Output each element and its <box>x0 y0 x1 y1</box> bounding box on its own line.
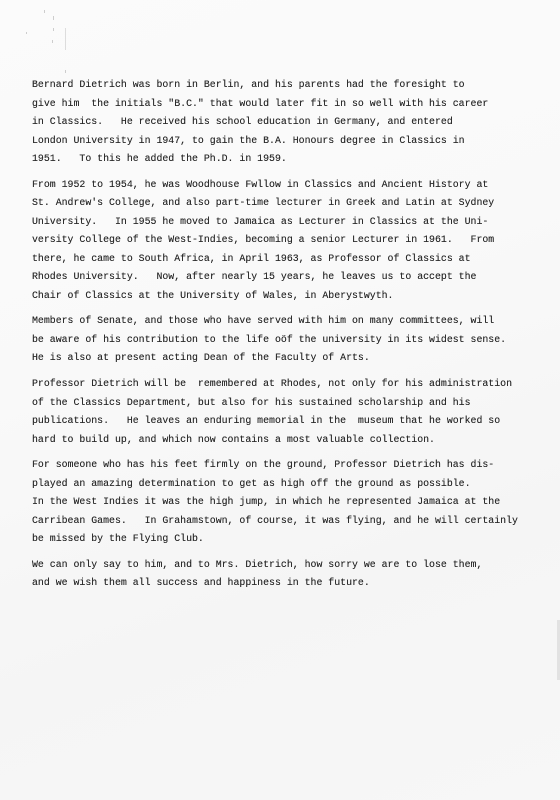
paragraph: Professor Dietrich will be remembered at… <box>32 375 542 449</box>
text-line: Rhodes University. Now, after nearly 15 … <box>32 268 542 287</box>
text-line: there, he came to South Africa, in April… <box>32 250 542 269</box>
text-line: in Classics. He received his school educ… <box>32 113 542 132</box>
scan-speck <box>53 28 54 31</box>
text-line: Bernard Dietrich was born in Berlin, and… <box>32 76 542 95</box>
text-line: For someone who has his feet firmly on t… <box>32 456 542 475</box>
text-line: University. In 1955 he moved to Jamaica … <box>32 213 542 232</box>
text-line: We can only say to him, and to Mrs. Diet… <box>32 556 542 575</box>
text-line: London University in 1947, to gain the B… <box>32 132 542 151</box>
scan-speck <box>65 28 66 50</box>
paragraph: For someone who has his feet firmly on t… <box>32 456 542 549</box>
text-line: hard to build up, and which now contains… <box>32 431 542 450</box>
text-line: give him the initials "B.C." that would … <box>32 95 542 114</box>
text-line: From 1952 to 1954, he was Woodhouse Fwll… <box>32 176 542 195</box>
scan-speck <box>53 16 54 20</box>
text-line: In the West Indies it was the high jump,… <box>32 493 542 512</box>
text-line: versity College of the West-Indies, beco… <box>32 231 542 250</box>
scan-speck <box>26 32 27 34</box>
text-line: publications. He leaves an enduring memo… <box>32 412 542 431</box>
text-line: Members of Senate, and those who have se… <box>32 312 542 331</box>
scan-speck <box>52 40 53 43</box>
text-line: St. Andrew's College, and also part-time… <box>32 194 542 213</box>
scan-speck <box>65 70 66 73</box>
text-line: Professor Dietrich will be remembered at… <box>32 375 542 394</box>
text-line: 1951. To this he added the Ph.D. in 1959… <box>32 150 542 169</box>
text-line: He is also at present acting Dean of the… <box>32 349 542 368</box>
scan-speck <box>44 10 45 13</box>
paragraph: Members of Senate, and those who have se… <box>32 312 542 368</box>
paragraph: From 1952 to 1954, he was Woodhouse Fwll… <box>32 176 542 306</box>
text-line: be missed by the Flying Club. <box>32 530 542 549</box>
text-line: Carribean Games. In Grahamstown, of cour… <box>32 512 542 531</box>
text-line: played an amazing determination to get a… <box>32 475 542 494</box>
text-line: Chair of Classics at the University of W… <box>32 287 542 306</box>
text-line: of the Classics Department, but also for… <box>32 394 542 413</box>
document-body: Bernard Dietrich was born in Berlin, and… <box>32 76 542 600</box>
paragraph: We can only say to him, and to Mrs. Diet… <box>32 556 542 593</box>
paragraph: Bernard Dietrich was born in Berlin, and… <box>32 76 542 169</box>
text-line: be aware of his contribution to the life… <box>32 331 542 350</box>
typewritten-page: Bernard Dietrich was born in Berlin, and… <box>0 0 560 800</box>
text-line: and we wish them all success and happine… <box>32 574 542 593</box>
